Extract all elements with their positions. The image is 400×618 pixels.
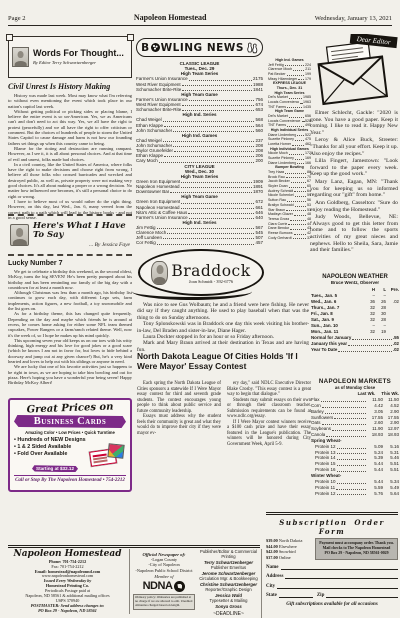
paragraph: ery day," said NDLC Executive Director B… xyxy=(227,381,311,398)
words-for-thought-box: Words For Thought... By Editor Terry Sch… xyxy=(8,36,132,78)
bowling-pins-icon xyxy=(247,42,258,54)
paragraph: This upcoming seven year old keeps us on… xyxy=(8,338,132,364)
stat-rows: Chad Weigel237John Schumacher208Taylor G… xyxy=(136,138,263,164)
markets-spring-rows: Protein 125.095.16Protein 135.245.31Prot… xyxy=(311,444,399,473)
ad-bullet: Hundreds of NEW Designs xyxy=(14,437,96,444)
ad-script-line: Great Prices on xyxy=(14,401,126,416)
letter-text: "Thanks for all your effort. Keep it up.… xyxy=(310,144,398,157)
markets-title: NAPOLEON MARKETS xyxy=(311,378,399,385)
newspaper-page: { "header": { "page": "Page 2", "paper":… xyxy=(0,0,400,618)
letter-from: Judy Woods, Bellevue, NE: xyxy=(315,214,398,220)
masthead-box: Napoleon Homestead Phone: 701-754-2212 F… xyxy=(8,549,130,614)
ndl-body-col2: ery day," said NDLC Executive Director B… xyxy=(227,381,311,448)
deadline-label: ~DEADLINE~ xyxy=(199,611,258,617)
braddock-title: Braddock xyxy=(171,262,250,280)
markets-rows: Flax11.5011.50Corn4.424.52Barley3.052.90… xyxy=(311,397,399,438)
weather-box: NAPOLEON WEATHER Bruce Wentz, Observer H… xyxy=(311,274,399,353)
stat-rows: Nicole Moch172Suzette Pinkney169Diane Li… xyxy=(268,151,311,165)
paragraph: Tony Splonskowski was in Braddock one da… xyxy=(137,321,309,334)
markets-winter-rows: Protein 105.445.34Protein 115.595.49Prot… xyxy=(311,479,399,497)
stat-rows: Jim Fettig567Clarence Moch545Jeff Lundee… xyxy=(136,225,263,246)
paragraph: We get to celebrate a birthday this week… xyxy=(8,269,132,290)
stat-rows: Del's Market1985Locals Convenience Ch.19… xyxy=(268,95,311,109)
form-field-city: City xyxy=(266,584,398,589)
paragraph: As for a birthday theme, this has change… xyxy=(8,311,132,337)
paragraph: Without getting political or picking sid… xyxy=(8,109,132,146)
subscription-prices: $39.00 North Dakota$44.00 Elsewhere$42.0… xyxy=(266,538,312,560)
civil-unrest-body: History was made last week. Most may kno… xyxy=(8,93,132,220)
stat-rows: Trey Haas88Brock Rau70Jacob Becker67Skyl… xyxy=(268,170,311,240)
paragraph: If I Were Mayor contest winners receive … xyxy=(227,420,311,448)
weather-total-row: Year To Date.02 xyxy=(311,347,399,353)
braddock-header: Braddock Joan Schmidt - 392-6776 xyxy=(138,249,264,296)
bowling-stats-column-1: CLASSIC LEAGUE Tues., Dec. 29 High Team … xyxy=(136,61,263,246)
member-of-label: Member of xyxy=(133,574,195,579)
letters-to-editor: Elmer Schlecht, Gackle: "2020 is gone. Y… xyxy=(310,110,398,255)
business-cards-ad: Great Prices on Business Cards Amazing C… xyxy=(8,398,132,492)
paragraph: Essays must address why the student feel… xyxy=(137,414,221,436)
letter: Judy Woods, Bellevue, NE: "Always good t… xyxy=(310,214,398,254)
staff-name: Sonya Gross xyxy=(199,604,258,609)
business-cards-image xyxy=(90,444,124,468)
staff-role: Publisher/Editor & Commercial Printing xyxy=(199,550,258,560)
stat-rows: Chad Weigel568Ethan Klappe564John Schuma… xyxy=(136,117,263,132)
bowling-news-header: BWLING NEWS xyxy=(136,38,263,57)
bowling-ball-icon xyxy=(151,43,160,52)
staff-name: Christine Schwartzenberger xyxy=(199,582,258,587)
weather-totals: Normal for January.55January this year.0… xyxy=(311,335,399,353)
editor-photo xyxy=(12,47,29,67)
jessica-photo xyxy=(10,224,29,246)
words-for-thought-title: Words For Thought... xyxy=(33,49,124,58)
dear-editor-icon: Dear Editor xyxy=(310,34,398,108)
price-line: $37.00 Online xyxy=(266,555,312,561)
stat-rows: Diane Lindenberg522Suzette Pinkney475Lor… xyxy=(268,133,311,147)
stat-rows: Jeff Fettig224Clarence Moch211Pat Becker… xyxy=(268,63,311,82)
form-field-address: Address xyxy=(266,574,398,579)
paragraph: We are lucky that one of his favorite ac… xyxy=(8,364,132,385)
payment-note: Payment must accompany order. Thank you.… xyxy=(315,538,398,560)
issue-date: Wednesday, January 13, 2021 xyxy=(315,15,392,22)
letter-from: Mary Lanz, Eagan, MN: xyxy=(315,179,377,185)
staff-name: Jessica Wald xyxy=(199,593,258,598)
letter-from: Ann Goldberg, Casselton: xyxy=(315,200,375,206)
lucky-number-headline: Lucky Number 7 xyxy=(8,260,132,267)
paragraph: Students may submit essays on their own … xyxy=(227,398,311,420)
stat-rows: Green Iron Equipment1909Napoleon Homeste… xyxy=(136,179,263,194)
obituary-policy: Obituary policy: Obituaries are publishe… xyxy=(133,594,195,610)
ad-bullet-list: Hundreds of NEW Designs1 & 2 Sided Avail… xyxy=(14,437,96,457)
letter: Ann Goldberg, Casselton: "Sure do enjoy … xyxy=(310,200,398,213)
paragraph: Although Christmas was less than a month… xyxy=(8,290,132,311)
markets-box: NAPOLEON MARKETS as of Monday Close Last… xyxy=(311,378,399,496)
official-items: -Logan County-City of Napoleon-Napoleon … xyxy=(133,557,195,573)
ad-banner: Business Cards xyxy=(14,415,126,428)
ndna-seal-icon xyxy=(174,581,185,592)
subscription-form: Subscription Order Form $39.00 North Dak… xyxy=(266,512,398,607)
bowling-title-start: B xyxy=(141,42,150,54)
letter: Lilla Fingert, Jamestown: "Look forward … xyxy=(310,158,398,178)
letter: Elmer Schlecht, Gackle: "2020 is gone. Y… xyxy=(310,110,398,136)
weather-observer: Bruce Wentz, Observer xyxy=(311,280,399,285)
words-for-thought-byline: By Editor Terry Schwartzenberger xyxy=(33,60,124,65)
form-field-name: Name xyxy=(266,565,398,570)
letter: Leroy & Alice Buck, Streeter: "Thanks fo… xyxy=(310,137,398,157)
paragraph: Blame for the rioting and destruction ar… xyxy=(8,146,132,162)
bowling-stats-column-2: High Ind. Games Jeff Fettig224Clarence M… xyxy=(268,58,311,240)
staff-box: Publisher/Editor & Commercial Printing T… xyxy=(198,549,262,618)
markets-subtitle: as of Monday Close xyxy=(311,385,399,390)
ndl-body-col1: Each spring the North Dakota League of C… xyxy=(137,381,221,448)
braddock-photo xyxy=(151,261,168,285)
stat-rows: Green Iron Equipment672Napoleon Homestea… xyxy=(136,199,263,220)
heres-what-title: Here's What I Have To Say xyxy=(33,222,130,241)
letter-from: Lilla Fingert, Jamestown: xyxy=(315,158,379,164)
stat-rows: Farmer's Union Insurance2175West River E… xyxy=(136,76,263,91)
market-row: Protein 125.765.64 xyxy=(311,491,399,497)
paragraph: In a civil country, like the United Stat… xyxy=(8,162,132,199)
gift-line: Gift subscriptions available for all occ… xyxy=(266,602,398,607)
braddock-body: Was nice to see Gus Wolbaum; he and a fr… xyxy=(137,302,309,353)
stat-row: Cor Fettig457 xyxy=(136,240,263,245)
stat-row: Cody Gerhardt37 xyxy=(268,236,311,241)
stat-rows: Del's Market656Locals Convenience Ch.528… xyxy=(268,114,311,128)
markets-column-headers: Last Wk.This Wk. xyxy=(311,391,399,396)
letter-from: Elmer Schlecht, Gackle: xyxy=(315,110,374,116)
weather-table: Tues., Jan. 5––Wed., Jan. 63626.02Thurs.… xyxy=(311,293,399,335)
heres-what-byline: ... By Jessica Faye xyxy=(33,242,130,248)
paper-name: Napoleon Homestead xyxy=(134,13,207,22)
lucky-number-body: We get to celebrate a birthday this week… xyxy=(8,269,132,386)
ad-call-line: Call or Stop By The Napoleon Homestead •… xyxy=(14,475,126,483)
letter-text: "Always good to get this letter from hom… xyxy=(310,221,398,253)
ad-tagline: Amazing Color • Low Prices • Quick Turnt… xyxy=(14,430,126,435)
staff-role: Circulation Mgr. & Bookkeeping xyxy=(199,577,258,582)
staff-role: Reporter/Graphic Design xyxy=(199,588,258,593)
ad-bullet: Fold Over Available xyxy=(14,451,96,458)
page-number: Page 2 xyxy=(8,15,26,22)
ndl-body: Each spring the North Dakota League of C… xyxy=(137,381,311,448)
heres-what-box: Here's What I Have To Say ... By Jessica… xyxy=(8,214,132,256)
letter-from: Leroy & Alice Buck, Streeter: xyxy=(315,137,398,143)
masthead-postmaster2: PO Box 29 - Napoleon, ND 58561 xyxy=(8,609,127,614)
ad-starting-price: Starting at $32.12 xyxy=(32,465,78,472)
official-item: -Napoleon Public School District xyxy=(133,568,195,573)
staff-list: Publisher/Editor & Commercial Printing T… xyxy=(199,550,258,609)
footer-divider xyxy=(8,545,260,548)
bowling-title-end: WLING NEWS xyxy=(161,42,244,54)
paragraph: Each spring the North Dakota League of C… xyxy=(137,381,221,414)
subscription-title: Subscription Order Form xyxy=(266,518,398,536)
form-field-state-zip: StateZip xyxy=(266,593,398,598)
paragraph: History was made last week. Most may kno… xyxy=(8,93,132,109)
civil-unrest-headline: Civil Unrest Is History Making xyxy=(8,82,132,91)
paragraph: Was nice to see Gus Wolbaum; he and a fr… xyxy=(137,302,309,321)
stat-rows: Farmer's Union Insurance756West River Eq… xyxy=(136,97,263,112)
page-header: Page 2 Napoleon Homestead Wednesday, Jan… xyxy=(8,13,392,26)
ndl-headline: North Dakota League Of Cities Holds 'If … xyxy=(137,352,311,371)
official-newspaper-box: Official Newspaper of: -Logan County-Cit… xyxy=(133,552,195,610)
ad-bullet: 1 & 2 Sided Available xyxy=(14,444,96,451)
ndna-logo: NDNA xyxy=(133,580,195,592)
letter: Mary Lanz, Eagan, MN: "Thank you for kee… xyxy=(310,179,398,199)
